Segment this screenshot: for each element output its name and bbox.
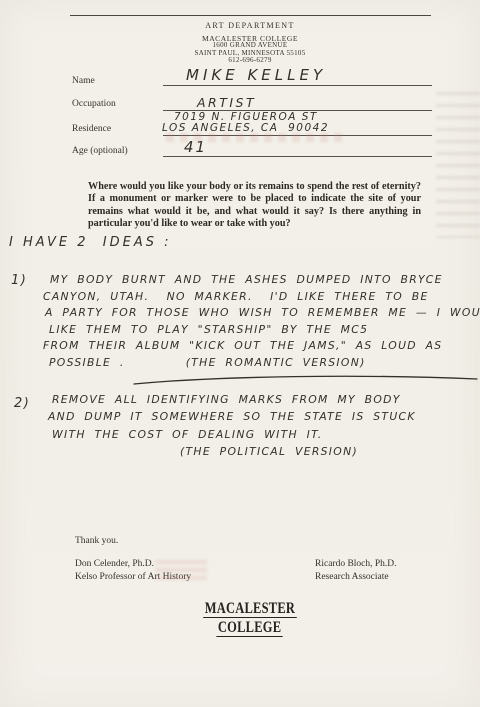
college-phone: 612-696-6279 bbox=[20, 57, 480, 64]
college-address-block: MACALESTER COLLEGE 1600 GRAND AVENUE SAI… bbox=[20, 35, 480, 65]
residence-label: Residence bbox=[72, 124, 111, 134]
answer2-block: REMOVE ALL IDENTIFYING MARKS FROM MY BOD… bbox=[52, 391, 416, 460]
handwritten-intro: I HAVE 2 IDEAS : bbox=[9, 235, 171, 250]
answer1-number: 1) bbox=[11, 273, 27, 288]
answer1-line: LIKE THEM TO PLAY "STARSHIP" BY THE MC5 bbox=[49, 322, 480, 339]
occupation-label: Occupation bbox=[72, 99, 116, 109]
signer-right-name: Ricardo Bloch, Ph.D. bbox=[315, 558, 397, 571]
name-label: Name bbox=[72, 76, 95, 86]
handwritten-age-value: 41 bbox=[184, 138, 207, 156]
answer1-line: MY BODY BURNT AND THE ASHES DUMPED INTO … bbox=[50, 272, 480, 289]
answer2-line: (THE POLITICAL VERSION) bbox=[180, 443, 416, 460]
age-underline bbox=[163, 156, 432, 157]
age-label: Age (optional) bbox=[72, 146, 128, 156]
logo-college-text: COLLEGE bbox=[217, 621, 283, 637]
macalester-college-logo: MACALESTER COLLEGE bbox=[180, 600, 320, 637]
scanned-questionnaire-page: ART DEPARTMENT MACALESTER COLLEGE 1600 G… bbox=[0, 0, 480, 707]
question-text: Where would you like your body or its re… bbox=[88, 181, 421, 231]
signer-left: Don Celender, Ph.D. Kelso Professor of A… bbox=[75, 558, 191, 583]
answer1-line: CANYON, UTAH. NO MARKER. I'D LIKE THERE … bbox=[43, 289, 480, 306]
answer2-line: AND DUMP IT SOMEWHERE SO THE STATE IS ST… bbox=[48, 408, 416, 425]
residence-underline bbox=[163, 135, 432, 136]
thank-you-text: Thank you. bbox=[75, 535, 118, 548]
answer1-line: POSSIBLE . (THE ROMANTIC VERSION) bbox=[49, 355, 480, 372]
signer-left-title: Kelso Professor of Art History bbox=[75, 571, 191, 584]
handwritten-residence-city: LOS ANGELES, CA 90042 bbox=[162, 122, 329, 134]
signer-left-name: Don Celender, Ph.D. bbox=[75, 558, 191, 571]
handwritten-occupation-value: ARTIST bbox=[197, 95, 256, 110]
answer2-number: 2) bbox=[14, 396, 30, 411]
answer2-line: WITH THE COST OF DEALING WITH IT. bbox=[52, 426, 416, 443]
bleed-through-right-edge bbox=[436, 88, 480, 238]
department-title: ART DEPARTMENT bbox=[20, 21, 480, 30]
logo-macalester-text: MACALESTER bbox=[203, 602, 297, 618]
signer-right-title: Research Associate bbox=[315, 571, 397, 584]
answer1-line: A PARTY FOR THOSE WHO WISH TO REMEMBER M… bbox=[45, 305, 480, 322]
answer1-block: MY BODY BURNT AND THE ASHES DUMPED INTO … bbox=[43, 272, 480, 372]
signer-right: Ricardo Bloch, Ph.D. Research Associate bbox=[315, 558, 397, 583]
letterhead: ART DEPARTMENT MACALESTER COLLEGE 1600 G… bbox=[20, 21, 480, 65]
name-underline bbox=[163, 85, 432, 86]
top-rule-divider bbox=[70, 15, 431, 16]
answer1-line: FROM THEIR ALBUM "KICK OUT THE JAMS," AS… bbox=[43, 338, 480, 355]
handwritten-name-value: MIKE KELLEY bbox=[186, 66, 326, 84]
hand-drawn-divider-line bbox=[130, 371, 480, 387]
answer2-line: REMOVE ALL IDENTIFYING MARKS FROM MY BOD… bbox=[52, 391, 416, 408]
